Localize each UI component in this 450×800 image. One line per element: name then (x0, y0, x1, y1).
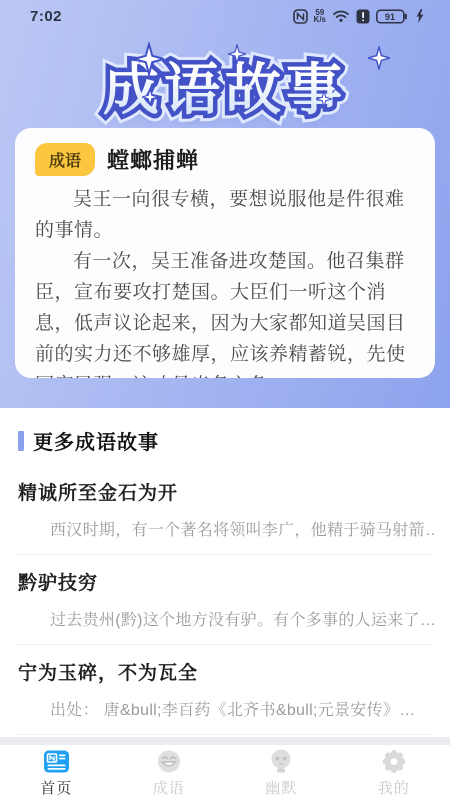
sparkle-icon (142, 88, 158, 106)
sparkle-icon (368, 46, 390, 70)
status-bar: 7:02 59 K/s 91 (0, 0, 450, 30)
section-header: 更多成语故事 (18, 426, 434, 455)
more-stories-section: 更多成语故事 精诚所至金石为开 西汉时期，有一个著名将领叫李广，他精于骑马射箭…… (0, 408, 450, 738)
charging-bolt-icon (416, 9, 424, 23)
story-item-title[interactable]: 黔驴技穷 (18, 568, 434, 595)
tab-bar-separator (0, 737, 450, 745)
sparkle-icon (316, 90, 332, 108)
network-speed-indicator: 59 K/s (314, 9, 326, 23)
story-text: 吴王一向很专横，要想说服他是件很难的事情。 有一次，吴王准备进攻楚国。他召集群臣… (35, 184, 415, 378)
tab-home[interactable]: 首页 (0, 745, 113, 800)
nfc-icon (293, 9, 308, 24)
story-paragraph: 吴王一向很专横，要想说服他是件很难的事情。 (35, 184, 415, 246)
story-item-preview: 出处： 唐&bull;李百药《北齐书&bull;元景安传》… (18, 697, 434, 720)
tab-humor-label: 幽默 (265, 777, 297, 798)
list-item[interactable]: 宁为玉碎，不为瓦全 出处： 唐&bull;李百药《北齐书&bull;元景安传》… (16, 645, 434, 735)
story-item-title[interactable]: 宁为玉碎，不为瓦全 (18, 658, 434, 685)
home-news-icon (43, 749, 70, 774)
story-item-preview: 西汉时期，有一个著名将领叫李广，他精于骑马射箭… (18, 517, 434, 540)
profile-gear-icon (381, 749, 407, 774)
wifi-icon (332, 9, 350, 23)
top-gradient-background: 7:02 59 K/s 91 (0, 0, 450, 408)
section-accent-bar (18, 431, 24, 451)
featured-story-card[interactable]: 成语 螳螂捕蝉 吴王一向很专横，要想说服他是件很难的事情。 有一次，吴王准备进攻… (15, 128, 435, 378)
tab-idioms-label: 成语 (153, 777, 185, 798)
battery-icon: 91 (376, 9, 410, 24)
humor-face-icon (269, 749, 293, 774)
svg-text:91: 91 (385, 12, 395, 22)
idiom-badge: 成语 (35, 143, 95, 176)
story-paragraph: 有一次，吴王准备进攻楚国。他召集群臣，宣布要攻打楚国。大臣们一听这个消息，低声议… (35, 246, 415, 378)
idiom-laugh-icon (156, 749, 182, 774)
tab-humor[interactable]: 幽默 (225, 745, 338, 800)
story-item-title[interactable]: 精诚所至金石为开 (18, 478, 434, 505)
app-logo: 成语故事 成语故事 成语故事 (0, 40, 450, 125)
status-icons: 59 K/s 91 (293, 9, 424, 24)
list-item[interactable]: 黔驴技穷 过去贵州(黔)这个地方没有驴。有个多事的人运来了… (16, 555, 434, 645)
list-item[interactable]: 精诚所至金石为开 西汉时期，有一个著名将领叫李广，他精于骑马射箭… (16, 465, 434, 555)
story-item-preview: 过去贵州(黔)这个地方没有驴。有个多事的人运来了… (18, 607, 434, 630)
card-title: 螳螂捕蝉 (107, 144, 199, 175)
bottom-tab-bar: 首页 成语 幽默 (0, 745, 450, 800)
tab-idioms[interactable]: 成语 (113, 745, 226, 800)
tab-profile-label: 我的 (378, 777, 410, 798)
sparkle-icon (228, 44, 246, 64)
tab-home-label: 首页 (40, 777, 72, 798)
network-speed-unit: K/s (314, 16, 326, 23)
card-header: 成语 螳螂捕蝉 (35, 143, 415, 176)
sim-alert-icon (356, 9, 370, 24)
status-time: 7:02 (30, 8, 62, 25)
tab-profile[interactable]: 我的 (338, 745, 450, 800)
section-title: 更多成语故事 (33, 426, 159, 455)
sparkle-icon (134, 42, 164, 76)
